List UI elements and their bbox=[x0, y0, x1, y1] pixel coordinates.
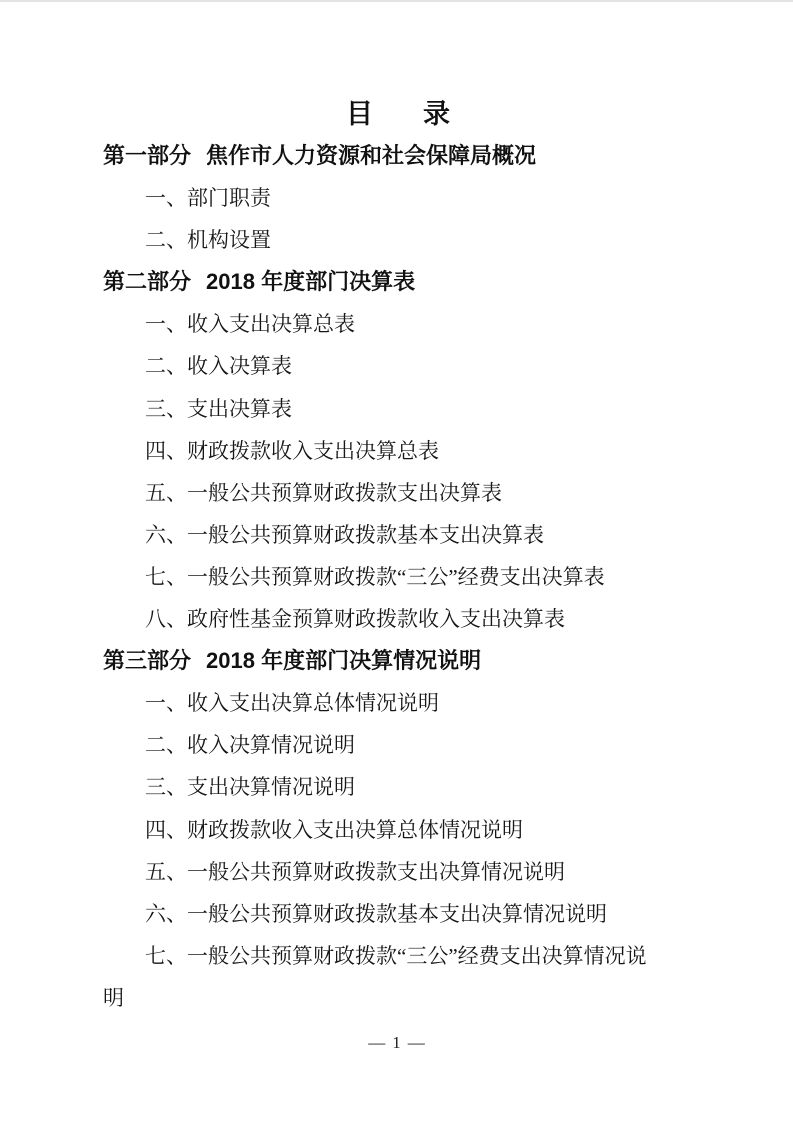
document-page: { "title": { "left": "目", "right": "录" }… bbox=[0, 0, 793, 1122]
toc-item: 五、一般公共预算财政拨款支出决算表 bbox=[103, 472, 693, 514]
section-heading-number: 第一部分 bbox=[103, 143, 191, 168]
toc-item: 三、支出决算表 bbox=[103, 388, 693, 430]
toc-item: 六、一般公共预算财政拨款基本支出决算表 bbox=[103, 514, 693, 556]
toc-section-2: 第二部分2018 年度部门决算表 一、收入支出决算总表 二、收入决算表 三、支出… bbox=[103, 261, 693, 640]
page-number: 1 bbox=[392, 1033, 401, 1052]
toc-item: 七、一般公共预算财政拨款“三公”经费支出决算表 bbox=[103, 556, 693, 598]
toc-item: 四、财政拨款收入支出决算总体情况说明 bbox=[103, 809, 693, 851]
toc-item: 三、支出决算情况说明 bbox=[103, 766, 693, 808]
section-heading: 第二部分2018 年度部门决算表 bbox=[103, 261, 693, 303]
section-heading-title: 2018 年度部门决算表 bbox=[206, 269, 415, 294]
toc-item: 二、收入决算情况说明 bbox=[103, 724, 693, 766]
toc-item: 四、财政拨款收入支出决算总表 bbox=[103, 430, 693, 472]
toc-item: 一、收入支出决算总表 bbox=[103, 303, 693, 345]
section-heading-title: 2018 年度部门决算情况说明 bbox=[206, 648, 481, 673]
section-heading-title: 焦作市人力资源和社会保障局概况 bbox=[206, 143, 536, 168]
footer-dash-right: — bbox=[408, 1033, 425, 1052]
page-top-edge bbox=[0, 0, 793, 2]
toc-section-3: 第三部分2018 年度部门决算情况说明 一、收入支出决算总体情况说明 二、收入决… bbox=[103, 640, 693, 1019]
toc-content: 目 录 第一部分焦作市人力资源和社会保障局概况 一、部门职责 二、机构设置 第二… bbox=[103, 93, 693, 1019]
toc-item: 七、一般公共预算财政拨款“三公”经费支出决算情况说 明 bbox=[103, 935, 693, 1019]
page-footer: —1— bbox=[0, 1031, 793, 1055]
toc-item: 一、部门职责 bbox=[103, 177, 693, 219]
section-heading-number: 第二部分 bbox=[103, 269, 191, 294]
page-title-char-mu: 目 bbox=[346, 93, 373, 135]
toc-item: 六、一般公共预算财政拨款基本支出决算情况说明 bbox=[103, 893, 693, 935]
page-title: 目 录 bbox=[103, 93, 693, 135]
toc-item: 八、政府性基金预算财政拨款收入支出决算表 bbox=[103, 598, 693, 640]
page-title-char-lu: 录 bbox=[423, 93, 450, 135]
toc-item: 一、收入支出决算总体情况说明 bbox=[103, 682, 693, 724]
toc-item: 五、一般公共预算财政拨款支出决算情况说明 bbox=[103, 851, 693, 893]
section-heading: 第一部分焦作市人力资源和社会保障局概况 bbox=[103, 135, 693, 177]
footer-dash-left: — bbox=[368, 1033, 385, 1052]
section-heading: 第三部分2018 年度部门决算情况说明 bbox=[103, 640, 693, 682]
section-heading-number: 第三部分 bbox=[103, 648, 191, 673]
toc-item: 二、收入决算表 bbox=[103, 345, 693, 387]
toc-item: 二、机构设置 bbox=[103, 219, 693, 261]
toc-section-1: 第一部分焦作市人力资源和社会保障局概况 一、部门职责 二、机构设置 bbox=[103, 135, 693, 261]
